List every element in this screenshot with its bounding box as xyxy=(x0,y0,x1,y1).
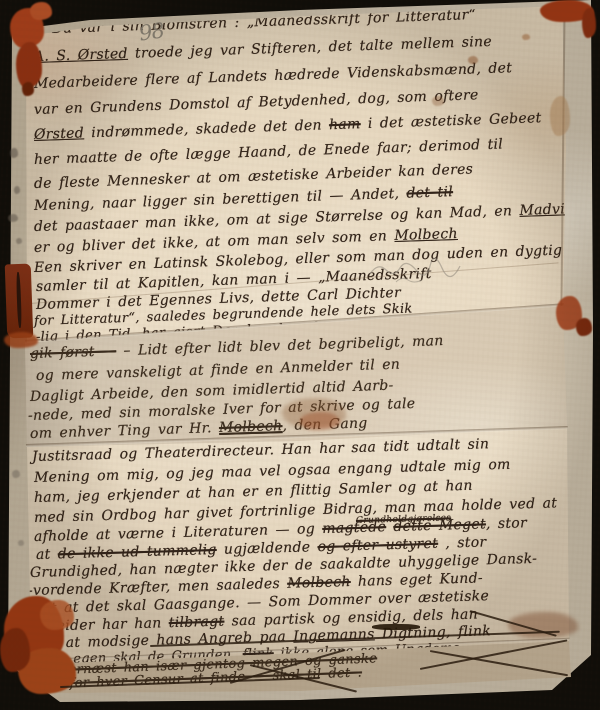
text-segment: Medarbeidere flere af Landets hædrede Vi… xyxy=(34,60,513,92)
text-segment: ugjældende xyxy=(216,539,317,558)
stain-right-faint xyxy=(550,96,570,136)
ink-blot xyxy=(372,624,420,630)
mildew-speck-4 xyxy=(16,238,22,244)
foxing-spot-3 xyxy=(432,96,444,106)
struck-word: magtede xyxy=(322,519,386,537)
text-segment: troede jeg var Stifteren, det talte mell… xyxy=(128,34,493,62)
foxing-spot-2 xyxy=(522,34,530,40)
underlined-word: Molbech xyxy=(219,418,283,436)
text-segment: hans eget Kund- xyxy=(350,570,483,590)
stain-bottom-left-3 xyxy=(0,628,30,672)
struck-word: dette Meget xyxy=(393,516,486,535)
text-segment: – de nar xyxy=(104,0,165,16)
mildew-speck-2 xyxy=(14,186,20,194)
stain-center-smear-2 xyxy=(300,412,340,430)
underlined-word: Molbech xyxy=(394,226,458,244)
stain-top-right-2 xyxy=(582,8,596,38)
mildew-speck-3 xyxy=(8,214,18,222)
struck-word: de ikke ud tummelig xyxy=(58,542,217,562)
text-segment: , stor xyxy=(486,515,528,532)
text-segment: i det æstetiske Gebeet xyxy=(360,110,541,132)
struck-word: Molbech xyxy=(287,574,351,592)
text-segment: indrømmede, skadede det den xyxy=(84,117,330,141)
manuscript-scan: – de nar Da var i sin Blomstren : „Maane… xyxy=(0,0,600,710)
foxing-spot xyxy=(468,56,478,64)
text-segment: var en Grundens Domstol af Betydenhed, d… xyxy=(34,87,479,118)
stain-slit xyxy=(16,272,22,328)
pencil-page-number: 98 xyxy=(137,18,165,45)
underlined-word: A. S. Ørsted xyxy=(34,46,128,65)
struck-word: og efter ustyret xyxy=(317,536,438,555)
pencil-scribble xyxy=(366,256,466,286)
manuscript-line: Medarbeidere flere af Landets hædrede Vi… xyxy=(34,61,513,91)
struck-word: tilbragt xyxy=(169,614,225,632)
stain-right-mid-2 xyxy=(576,318,592,336)
stain-left-smear xyxy=(4,332,38,348)
struck-word: gik først — xyxy=(30,343,117,362)
mildew-speck xyxy=(10,148,18,158)
stain-bottom-left-4 xyxy=(40,600,74,630)
manuscript-line: var en Grundens Domstol af Betydenhed, d… xyxy=(34,88,479,117)
manuscript-line: A. S. Ørsted troede jeg var Stifteren, d… xyxy=(34,35,492,64)
manuscript-line: – de nar xyxy=(104,0,165,15)
underlined-word: Ørsted xyxy=(34,125,85,143)
stain-left-wax-patch xyxy=(5,264,34,339)
struck-word: ham xyxy=(329,116,361,133)
stain-top-left-3 xyxy=(30,2,52,20)
mildew-speck-6 xyxy=(18,540,24,546)
underlined-word: Ingemanns xyxy=(293,626,375,644)
struck-word: det til xyxy=(406,184,453,202)
stain-top-left-speck xyxy=(22,82,34,96)
text-segment: , stor xyxy=(438,534,487,551)
mildew-speck-5 xyxy=(12,470,20,478)
text-segment: – Lidt efter lidt blev det begribeligt, … xyxy=(116,333,444,359)
text-segment: at xyxy=(36,546,58,563)
